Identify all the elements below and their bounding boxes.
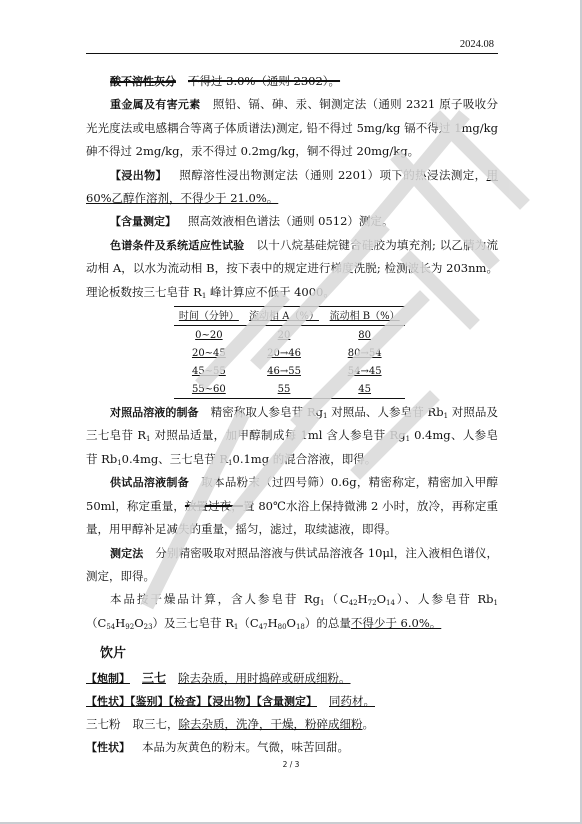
same-as-line: 【性状】【鉴别】【检查】【浸出物】【含量测定】同药材。 <box>86 690 498 713</box>
assay-text: 照高效液相色谱法（通则 0512）测定。 <box>188 214 393 228</box>
table-cell: 0~20 <box>174 326 244 345</box>
subscript: 23 <box>144 623 153 631</box>
processing-line: 【炮制】三七除去杂质，用时捣碎或研成细粉。 <box>86 667 498 690</box>
character-text: 本品为灰黄色的粉末。气微，味苦回甜。 <box>142 740 349 754</box>
header-date: 2024.08 <box>460 39 494 50</box>
text-run: O <box>134 616 143 630</box>
reference-solution-label: 对照品溶液的制备 <box>110 406 199 419</box>
table-cell: 80 <box>324 326 405 345</box>
subscript: 72 <box>368 599 377 607</box>
table-row: 45~55 46→55 54→45 <box>174 362 405 380</box>
powder-text-after: 。 <box>363 717 375 731</box>
powder-line: 三七粉取三七，除去杂质，洗净，干燥，粉碎成细粉。 <box>86 713 498 736</box>
method-text: 分别精密吸取对照品溶液与供试品溶液各 10μl，注入液相色谱仪，测定，即得。 <box>86 546 498 583</box>
table-cell: 55~60 <box>174 380 244 399</box>
table-cell: 45~55 <box>174 362 244 380</box>
powder-text: 取三七， <box>133 717 179 731</box>
table-cell: 45 <box>324 380 405 399</box>
text-run: 对照品、人参皂苷 Rb <box>327 405 443 419</box>
document-body: 酸不溶性灰分不得过 3.0%（通则 2302）。 重金属及有害元素照铅、镉、砷、… <box>86 70 498 759</box>
heavy-metals-paragraph: 重金属及有害元素照铅、镉、砷、汞、铜测定法（通则 2321 原子吸收分光光度法或… <box>86 93 498 163</box>
table-cell: 20~45 <box>174 344 244 362</box>
limit-paragraph: 本品按干燥品计算，含人参皂苷 Rg1（C42H72O14）、人参皂苷 Rb1（C… <box>86 588 498 635</box>
character-label: 【性状】 <box>86 741 130 754</box>
text-run: 0.4mg、三七皂苷 R <box>122 452 228 466</box>
chromatography-paragraph: 色谱条件及系统适应性试验以十八烷基硅烷键合硅胶为填充剂; 以乙腈为流动相 A，以… <box>86 234 498 304</box>
processing-label: 【炮制】 <box>86 672 130 685</box>
table-cell: 80→54 <box>324 344 405 362</box>
extract-paragraph: 【浸出物】照醇溶性浸出物测定法（通则 2201）项下的热浸法测定，用60%乙醇作… <box>86 164 498 211</box>
table-header-cell: 流动相 A（%） <box>244 307 325 326</box>
table-cell: 20→46 <box>244 344 325 362</box>
page-indicator: 2 / 3 <box>0 760 582 769</box>
table-row: 0~20 20 80 <box>174 326 405 345</box>
method-paragraph: 测定法分别精密吸取对照品溶液与供试品溶液各 10μl，注入液相色谱仪，测定，即得… <box>86 542 498 589</box>
subscript: 54 <box>106 623 115 631</box>
subscript: 92 <box>125 623 134 631</box>
text-run: 对照品适量，加甲醇制成每 1ml 含人参皂苷 Rg <box>150 428 405 442</box>
limit-underlined-text: 不得少于 6.0%。 <box>351 616 441 630</box>
header-rule <box>86 53 498 54</box>
text-run: 0.1mg 的混合溶液，即得。 <box>233 452 377 466</box>
table-cell: 20 <box>244 326 325 345</box>
text-run: （C <box>238 616 258 630</box>
assay-label: 【含量测定】 <box>110 215 176 228</box>
gradient-table: 时间（分钟） 流动相 A（%） 流动相 B（%） 0~20 20 80 20~4… <box>174 306 405 399</box>
text-run: 及三七皂苷 R <box>164 616 234 630</box>
table-header-cell: 时间（分钟） <box>174 307 244 326</box>
character-line: 【性状】本品为灰黄色的粉末。气微，味苦回甜。 <box>86 736 498 759</box>
text-run: H <box>115 616 125 630</box>
table-header-row: 时间（分钟） 流动相 A（%） 流动相 B（%） <box>174 307 405 326</box>
text-run: 精密称取人参皂苷 Rg <box>211 405 323 419</box>
text-run: 本品按干燥品计算，含人参皂苷 Rg <box>110 592 320 606</box>
text-run: （C <box>86 616 106 630</box>
acid-insoluble-ash-paragraph: 酸不溶性灰分不得过 3.0%（通则 2302）。 <box>86 70 498 93</box>
section-title-decoction-pieces: 饮片 <box>100 641 498 667</box>
chromatography-text-after: 峰计算应不低于 4000。 <box>206 285 335 299</box>
reference-solution-paragraph: 对照品溶液的制备精密称取人参皂苷 Rg1 对照品、人参皂苷 Rb1 对照品及三七… <box>86 401 498 471</box>
powder-label: 三七粉 <box>86 717 121 731</box>
text-run: H <box>268 616 278 630</box>
struck-text: 放置过夜， <box>185 499 243 513</box>
heavy-metals-label: 重金属及有害元素 <box>110 98 201 111</box>
text-run: O <box>287 616 296 630</box>
subscript: 47 <box>259 623 268 631</box>
subscript: 80 <box>278 623 287 631</box>
test-solution-paragraph: 供试品溶液制备取本品粉末（过四号筛）0.6g，精密称定，精密加入甲醇 50ml，… <box>86 471 498 541</box>
text-run: H <box>358 592 368 606</box>
assay-paragraph: 【含量测定】照高效液相色谱法（通则 0512）测定。 <box>86 210 498 233</box>
table-row: 55~60 55 45 <box>174 380 405 399</box>
text-run: 的总量 <box>316 616 351 630</box>
extract-label: 【浸出物】 <box>110 169 167 182</box>
same-as-text: 同药材。 <box>329 694 375 708</box>
acid-insoluble-ash-label: 酸不溶性灰分 <box>110 75 176 88</box>
subscript: 18 <box>296 623 305 631</box>
table-cell: 54→45 <box>324 362 405 380</box>
chromatography-label: 色谱条件及系统适应性试验 <box>110 239 244 252</box>
table-cell: 46→55 <box>244 362 325 380</box>
text-run: ）、人参皂苷 Rb <box>395 592 494 606</box>
processing-name: 三七 <box>142 671 166 685</box>
table-row: 20~45 20→46 80→54 <box>174 344 405 362</box>
text-run: （C <box>324 592 348 606</box>
document-page: 2024.08 酸不溶性灰分不得过 3.0%（通则 2302）。 重金属及有害元… <box>0 0 582 824</box>
subscript: 42 <box>349 599 358 607</box>
table-cell: 55 <box>244 380 325 399</box>
table-header-cell: 流动相 B（%） <box>324 307 405 326</box>
method-label: 测定法 <box>110 547 143 560</box>
acid-insoluble-ash-text: 不得过 3.0%（通则 2302）。 <box>188 74 340 88</box>
test-solution-label: 供试品溶液制备 <box>110 476 189 489</box>
same-as-label: 【性状】【鉴别】【检查】【浸出物】【含量测定】 <box>86 695 317 708</box>
subscript: 14 <box>386 599 395 607</box>
subscript: 1 <box>494 599 498 607</box>
text-run: O <box>377 592 386 606</box>
powder-underlined-text: 除去杂质，洗净，干燥，粉碎成细粉 <box>179 717 363 731</box>
processing-text: 除去杂质，用时捣碎或研成细粉。 <box>178 671 351 685</box>
extract-text: 照醇溶性浸出物测定法（通则 2201）项下的热浸法测定， <box>179 168 487 182</box>
